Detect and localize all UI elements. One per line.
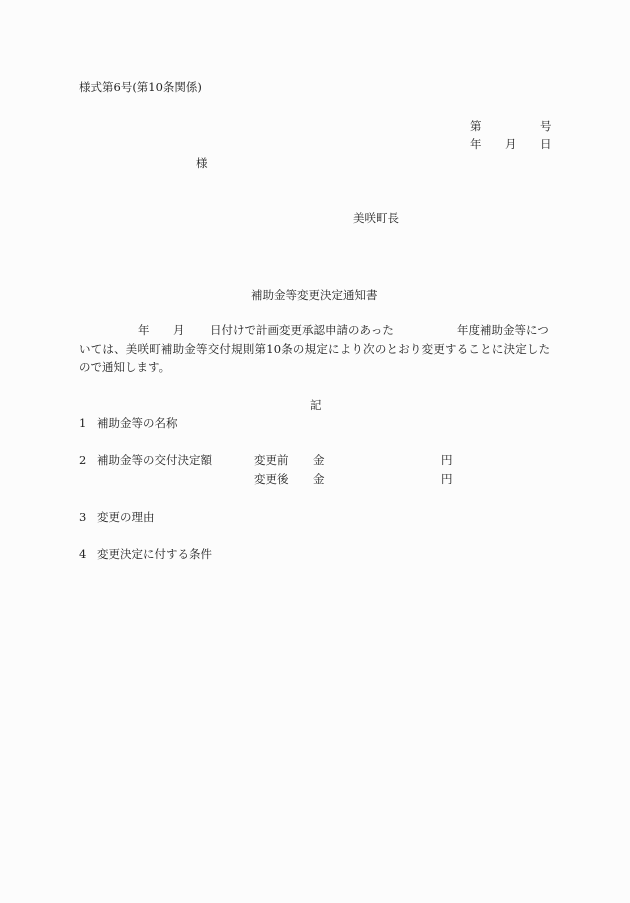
- body-year-label: 年: [138, 322, 150, 338]
- document-number-prefix: 第: [470, 118, 482, 134]
- date-month: 月: [505, 136, 517, 152]
- item-1-label: 補助金等の名称: [97, 415, 178, 431]
- amount-after-label: 変更後: [254, 471, 289, 487]
- amount-after-prefix: 金: [313, 471, 325, 487]
- ki-heading: 記: [310, 397, 322, 413]
- item-2-number: 2: [79, 452, 86, 468]
- document-title: 補助金等変更決定通知書: [251, 287, 378, 303]
- item-3-number: 3: [79, 509, 86, 525]
- date-year: 年: [470, 136, 482, 152]
- addressee-suffix: 様: [196, 155, 208, 171]
- date-day: 日: [540, 136, 552, 152]
- form-number: 様式第6号(第10条関係): [79, 79, 202, 95]
- item-4-label: 変更決定に付する条件: [97, 546, 212, 562]
- amount-before-prefix: 金: [313, 452, 325, 468]
- amount-after-unit: 円: [441, 471, 453, 487]
- item-3-label: 変更の理由: [97, 509, 155, 525]
- body-line2: いては、美咲町補助金等交付規則第10条の規定により次のとおり変更することに決定し…: [79, 341, 550, 357]
- body-line3: ので通知します。: [79, 359, 170, 375]
- body-line1-middle: 日付けで計画変更承認申請のあった: [210, 322, 394, 338]
- issuer-name: 美咲町長: [353, 210, 399, 226]
- amount-before-label: 変更前: [254, 452, 289, 468]
- body-month-label: 月: [173, 322, 185, 338]
- amount-before-unit: 円: [441, 452, 453, 468]
- item-4-number: 4: [79, 546, 86, 562]
- document-number-suffix: 号: [540, 118, 552, 134]
- body-line1-end: 年度補助金等につ: [457, 322, 549, 338]
- item-2-label: 補助金等の交付決定額: [97, 452, 212, 468]
- item-1-number: 1: [79, 415, 86, 431]
